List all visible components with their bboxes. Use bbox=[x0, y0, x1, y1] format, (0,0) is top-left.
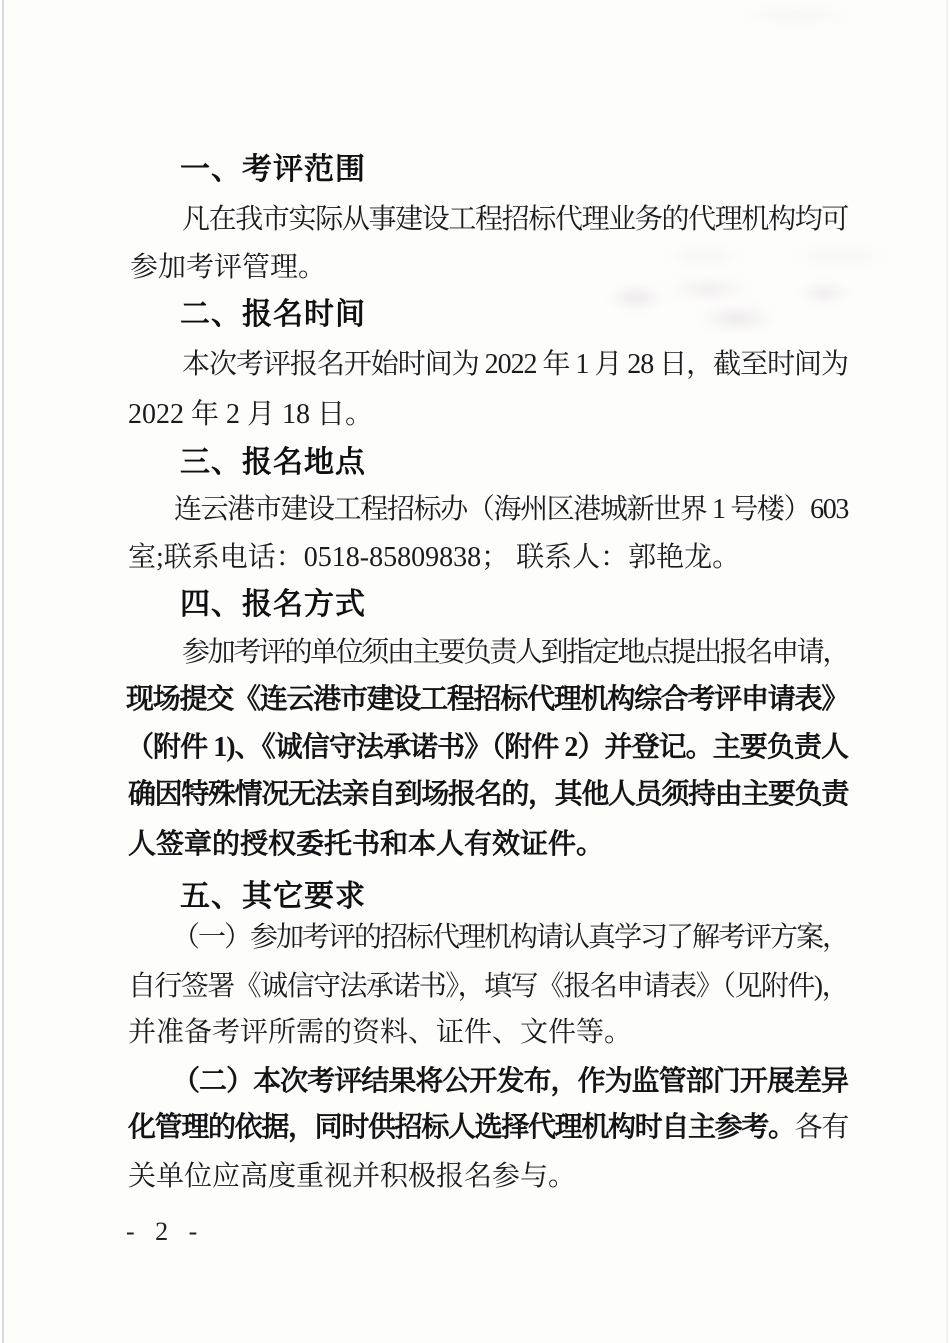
doc-line: 现场提交《连云港市建设工程招标代理机构综合考评申请表》 bbox=[126, 677, 848, 723]
doc-line: （二）本次考评结果将公开发布，作为监管部门开展差异 bbox=[172, 1059, 848, 1105]
scan-edge-left bbox=[2, 0, 4, 1343]
doc-line: 凡在我市实际从事建设工程招标代理业务的代理机构均可 bbox=[182, 197, 848, 243]
doc-line: 关单位应高度重视并积极报名参与。 bbox=[128, 1154, 576, 1200]
doc-line: 2022 年 2 月 18 日。 bbox=[128, 392, 373, 438]
scan-edge-right bbox=[946, 0, 948, 1343]
doc-line: 参加考评管理。 bbox=[130, 245, 326, 291]
doc-line: 连云港市建设工程招标办（海州区港城新世界 1 号楼）603 bbox=[174, 487, 848, 533]
doc-line: 自行签署《诚信守法承诺书》，填写《报名申请表》（见附件)， bbox=[128, 964, 848, 1010]
doc-line: 参加考评的单位须由主要负责人到指定地点提出报名申请， bbox=[182, 630, 848, 676]
scan-artifact-speckle bbox=[700, 2, 890, 28]
document-page: 一、考评范围 凡在我市实际从事建设工程招标代理业务的代理机构均可 参加考评管理。… bbox=[0, 0, 950, 1343]
section-1-heading: 一、考评范围 bbox=[180, 147, 366, 193]
scan-artifact-bleedthrough bbox=[578, 268, 868, 352]
doc-line: （附件 1)、《诚信守法承诺书》（附件 2）并登记。主要负责人 bbox=[126, 725, 848, 771]
section-4-heading: 四、报名方式 bbox=[180, 582, 366, 628]
doc-line: 并准备考评所需的资料、证件、文件等。 bbox=[128, 1010, 632, 1056]
section-3-heading: 三、报名地点 bbox=[180, 440, 366, 486]
doc-line: （一）参加考评的招标代理机构请认真学习了解考评方案， bbox=[172, 915, 848, 961]
doc-line: 人签章的授权委托书和本人有效证件。 bbox=[128, 822, 604, 868]
doc-line: 确因特殊情况无法亲自到场报名的，其他人员须持由主要负责 bbox=[128, 772, 848, 818]
section-2-heading: 二、报名时间 bbox=[180, 292, 366, 338]
section-5-heading: 五、其它要求 bbox=[180, 874, 366, 920]
page-number: - 2 - bbox=[126, 1212, 204, 1252]
doc-line: 本次考评报名开始时间为 2022 年 1 月 28 日，截至时间为 bbox=[182, 342, 848, 388]
doc-line: 化管理的依据，同时供招标人选择代理机构时自主参考。各有 bbox=[128, 1105, 848, 1151]
doc-line-contact: 室;联系电话：0518-85809838； 联系人：郭艳龙。 bbox=[128, 535, 740, 581]
scan-artifact-bleedthrough bbox=[615, 238, 915, 274]
